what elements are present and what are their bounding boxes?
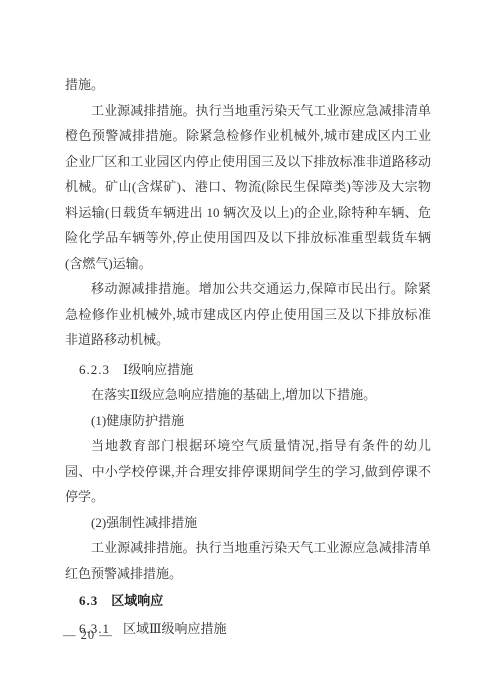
paragraph-continuation: 措施。	[65, 72, 431, 98]
list-item-mandatory-reduction: (2)强制性减排措施	[65, 510, 431, 536]
heading-6-3-1: 6.3.1区域Ⅲ级响应措施	[65, 616, 431, 642]
paragraph-industrial-source-red: 工业源减排措施。执行当地重污染天气工业源应急减排清单红色预警减排措施。	[65, 535, 431, 586]
paragraph-industrial-source-orange: 工业源减排措施。执行当地重污染天气工业源应急减排清单橙色预警减排措施。除紧急检修…	[65, 98, 431, 277]
paragraph-mobile-source: 移动源减排措施。增加公共交通运力,保障市民出行。除紧急检修作业机械外,城市建成区…	[65, 276, 431, 353]
heading-6-3: 6.3区域响应	[65, 588, 431, 614]
paragraph-health-detail: 当地教育部门根据环境空气质量情况,指导有条件的幼儿园、中小学校停课,并合理安排停…	[65, 433, 431, 510]
document-page: 措施。 工业源减排措施。执行当地重污染天气工业源应急减排清单橙色预警减排措施。除…	[0, 0, 495, 699]
heading-6-2-3-number: 6.2.3	[79, 362, 110, 377]
heading-6-3-1-title: 区域Ⅲ级响应措施	[123, 621, 227, 636]
list-item-health-protection: (1)健康防护措施	[65, 408, 431, 434]
heading-6-2-3: 6.2.3Ⅰ级响应措施	[65, 357, 431, 383]
heading-6-2-3-title: Ⅰ级响应措施	[123, 362, 193, 377]
document-body: 措施。 工业源减排措施。执行当地重污染天气工业源应急减排清单橙色预警减排措施。除…	[65, 72, 431, 641]
heading-6-3-number: 6.3	[79, 593, 98, 608]
paragraph-level1-intro: 在落实Ⅱ级应急响应措施的基础上,增加以下措施。	[65, 382, 431, 408]
page-number: — 20 —	[63, 628, 113, 642]
heading-6-3-title: 区域响应	[111, 593, 163, 608]
